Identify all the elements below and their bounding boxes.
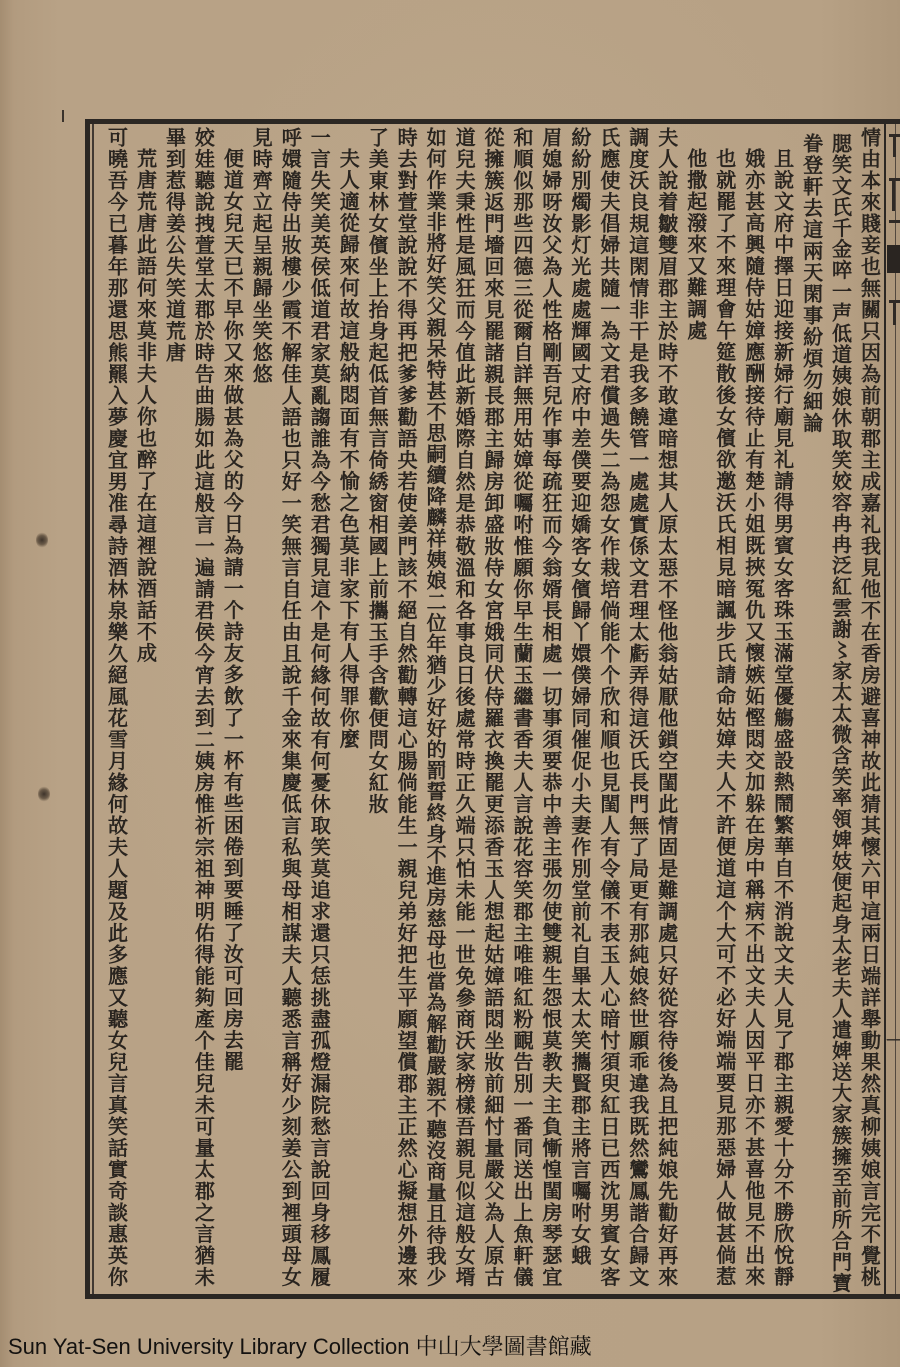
frame-left-border bbox=[85, 119, 90, 1299]
text-column: 可曉吾今已暮年那還思熊羆入夢慶宜男准尋詩酒林泉樂久絕風花雪月緣何故夫人題及此多應… bbox=[102, 127, 131, 1302]
banxin-partial-glyph bbox=[893, 303, 896, 325]
text-column: 一言失笑美英侯低道君家莫亂謅誰為今愁君獨見這个是何緣何故有何憂休取笑莫追求還只恁… bbox=[304, 127, 333, 1302]
text-column: 調度沃良規這閑情非干是我多饒管一處處實係文君理太虧弄得這沃氏長門無了局更有那純娘… bbox=[623, 127, 652, 1302]
text-column: 夫人適從歸來何故這般納悶面有不愉之色莫非家下有人得罪你麼 bbox=[333, 148, 362, 1323]
frame-right-border bbox=[884, 119, 886, 1299]
text-column: 呼嬛隨侍出妝樓少霞不解佳人語也只好一笑無言自任由且說千金來集慶低言私與母相謀夫人… bbox=[275, 127, 304, 1302]
text-column: 見時齊立起呈親歸坐笑悠悠 bbox=[246, 127, 275, 1302]
text-column: 眷登軒去這兩天閑事紛煩勿細論 bbox=[797, 133, 826, 1308]
text-column: 如何作業非將好笑父親呆特甚不思嗣續降麟祥姨娘二位年猶少好好的罰誓終身不進房慈母也… bbox=[420, 127, 449, 1302]
text-column: 畢到惹得姜公失笑道荒唐 bbox=[160, 127, 189, 1302]
collection-caption: Sun Yat-Sen University Library Collectio… bbox=[8, 1334, 592, 1360]
text-column: 便道女兒天已不早你又來做甚為父的今日為請一个詩友多飲了一杯有些困倦到要睡了汝可回… bbox=[217, 148, 246, 1323]
text-column: 娥亦甚高興隨侍姑嫜應酬接待止有楚小姐既挾冤仇又懷嫉妬慳悶交加躲在房中稱病不出文夫… bbox=[739, 148, 768, 1323]
text-column: 道兒夫秉性是風狂而今值此新婚際自然是恭敬溫和各事良日後處常時正久端只怕未能一世免… bbox=[449, 127, 478, 1302]
text-column: 情由本來賤妾也無關只因為前朝郡主成嘉礼我見他不在香房避喜神故此猜其懷六甲這兩日端… bbox=[855, 127, 884, 1302]
text-column: 腮笑文氏千金啐一声低道姨娘休取笑姣容冉冉泛紅雲謝〻家太太微含笑率領婢妓便起身太老… bbox=[826, 133, 855, 1308]
text-column: 且說文府中擇日迎接新婦行廟見礼請得男賓女客珠玉滿堂優觴盛設熱鬧繁華自不消說文夫人… bbox=[768, 148, 797, 1323]
text-column: 時去對萱堂說說不得再把爹爹勸語央若使姜門該不絕自然勸轉這心腸倘能生一親兒弟好把生… bbox=[391, 127, 420, 1302]
banxin-partial-glyph bbox=[889, 220, 900, 223]
banxin-partial-glyph bbox=[893, 137, 896, 157]
text-column: 姣娃聽說拽萱堂太郡於時告曲腸如此這般言一遍請君侯今宵去到二姨房惟祈宗祖神明佑得能… bbox=[188, 127, 217, 1302]
text-column: 荒唐荒唐此語何來莫非夫人你也醉了在這裡說酒話不成 bbox=[131, 148, 160, 1323]
text-column: 夫人說着皺雙眉郡主於時不敢違暗想其人原太惡不怪他翁姑厭他鎖空閨此情固是難調處只好… bbox=[652, 127, 681, 1302]
text-column: 他撒起潑來又難調處 bbox=[681, 148, 710, 1323]
text-column: 從擁簇返門墻回來見罷諸親長郡主歸房卸盛妝侍女宮娥同伏侍羅衣換罷更添香玉人想起姑嫜… bbox=[478, 127, 507, 1302]
text-column: 了美東林女儐坐上抬身起低首無言倚綉窗相國上前攜玉手含歡便問女紅妝 bbox=[362, 127, 391, 1302]
text-column: 氏應使夫倡婦共隨一為文君償過失二為怨女作栽培倘能个个欣和順也見閨人有令儀不表玉人… bbox=[594, 127, 623, 1302]
frame-left-inner-line bbox=[92, 119, 94, 1299]
text-column: 和順似那些四德三從爾自詳無用姑嫜從囑咐惟願你早生蘭玉繼書香夫人言說花容笑郡主唯唯… bbox=[507, 127, 536, 1302]
text-column: 眉媳婦呀汝父為人性格剛吾兒作事每疏狂而今翁婿長相處一切事須要恭中善主張勿使雙親生… bbox=[536, 127, 565, 1302]
frame-top-border bbox=[85, 119, 900, 124]
fishtail-mark bbox=[887, 245, 900, 273]
text-column: 也就罷了不來理會午筵散後女儐欲邀沃氏相見暗諷步氏請命姑嫜夫人不許便道這个大可不必… bbox=[710, 148, 739, 1323]
banxin-partial-glyph bbox=[892, 181, 895, 211]
page-number-mark: 一 bbox=[886, 1030, 900, 1052]
margin-mark bbox=[62, 110, 64, 122]
binding-hole bbox=[38, 786, 50, 802]
text-column: 紛紛別燭影灯光處處輝國丈府中差僕要迎嬌客女儐歸丫嬛僕婦同催促小夫妻作別堂前礼自畢… bbox=[565, 127, 594, 1302]
binding-hole bbox=[36, 532, 48, 548]
